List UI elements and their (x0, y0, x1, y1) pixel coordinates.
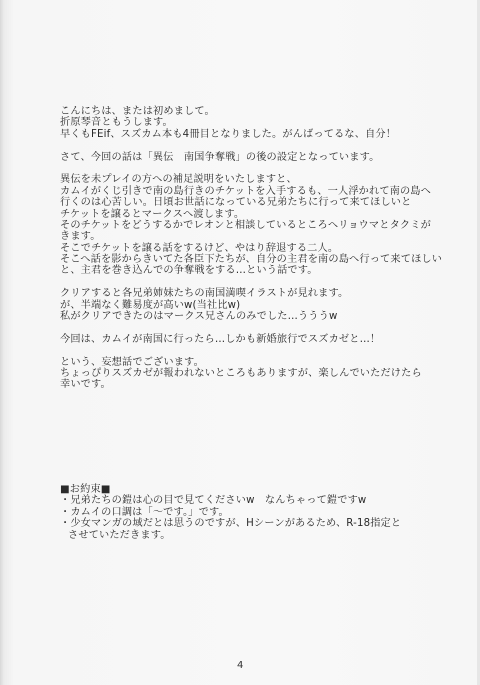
clear-note-line: 私がクリアできたのはマークス兄さんのみでした…うううw (60, 311, 430, 322)
promises-section: ■お約束■ ・兄弟たちの鎧は心の目で見てくださいw なんちゃって鎧ですw ・カム… (60, 484, 430, 541)
closing-line: という、妄想話でございます。 (60, 357, 430, 368)
clear-note-line: クリアすると各兄弟姉妹たちの南国満喫イラストが見れます。 (60, 288, 430, 299)
promise-item: ・兄弟たちの鎧は心の目で見てくださいw なんちゃって鎧ですw (60, 495, 430, 506)
explanation-line: そのチケットをどうするかでレオンと相談しているところへリョウマとタクミが (60, 220, 430, 231)
explanation-line: と、主君を巻き込んでの争奪戦をする…という話です。 (60, 265, 430, 276)
explanation-line: カムイがくじ引きで南の島行きのチケットを入手するも、一人浮かれて南の島へ (60, 186, 430, 197)
promise-item-continuation: させていただきます。 (60, 530, 430, 541)
greeting-line: こんにちは、または初めまして。 (60, 106, 430, 117)
page-number: 4 (237, 660, 243, 671)
afterword-body: こんにちは、または初めまして。 折原琴音ともうします。 早くもFEif、スズカム… (60, 106, 430, 391)
book-count-line: 早くもFEif、スズカム本も4冊目となりました。がんばってるな、自分！ (60, 129, 430, 140)
explanation-line: 行くのは心苦しい。日頃お世話になっている兄弟たちに行って来てほしいと (60, 197, 430, 208)
spacer (60, 163, 430, 174)
spacer (60, 322, 430, 333)
spacer (60, 140, 430, 151)
explanation-line: チケットを譲るとマークスへ渡します。 (60, 209, 430, 220)
explanation-line: きます。 (60, 231, 430, 242)
author-intro-line: 折原琴音ともうします。 (60, 117, 430, 128)
promise-item: ・カムイの口調は「～です。」です。 (60, 507, 430, 518)
explanation-line: そこでチケットを譲る話をするけど、やはり辞退する二人。 (60, 243, 430, 254)
clear-note-line: が、半端なく難易度が高いw(当社比w) (60, 300, 430, 311)
scanned-page: こんにちは、または初めまして。 折原琴音ともうします。 早くもFEif、スズカム… (0, 0, 480, 685)
promises-heading: ■お約束■ (60, 484, 430, 495)
explanation-line: そこへ話を影からきいてた各臣下たちが、自分の主君を南の島へ行って来てほしい (60, 254, 430, 265)
promise-item: ・少女マンガの域だとは思うのですが、Hシーンがあるため、R-18指定と (60, 518, 430, 529)
this-time-line: 今回は、カムイが南国に行ったら…しかも新婚旅行でスズカゼと…！ (60, 334, 430, 345)
setting-line: さて、今回の話は「異伝 南国争奪戦」の後の設定となっています。 (60, 152, 430, 163)
spacer (60, 345, 430, 356)
closing-line: ちょっぴりスズカゼが報われないところもありますが、楽しんでいただけたら (60, 368, 430, 379)
explanation-line: 異伝を未プレイの方への補足説明をいたしますと、 (60, 174, 430, 185)
closing-line: 幸いです。 (60, 379, 430, 390)
spacer (60, 277, 430, 288)
